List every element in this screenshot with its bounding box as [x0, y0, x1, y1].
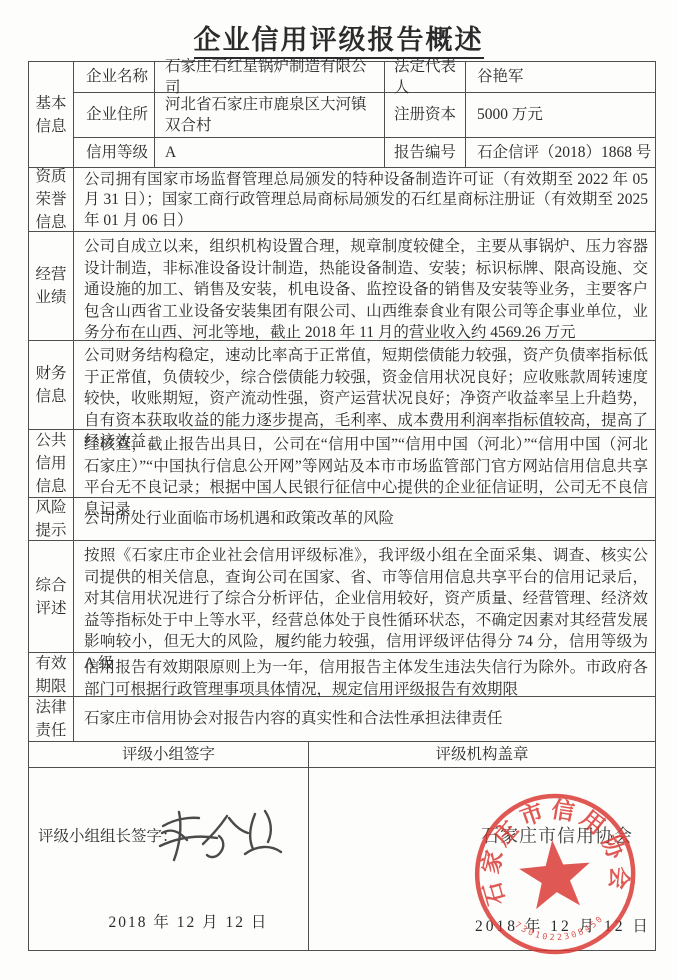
- section-risk-warning: 风险提示 公司所处行业面临市场机遇和政策改革的风险: [29, 498, 655, 541]
- section-text-public-credit-info: 经核查，截止报告出具日，公司在“信用中国”“信用中国（河北）”“信用中国（河北石…: [74, 430, 655, 497]
- signoff-header-row: 评级小组签字 评级机构盖章: [29, 742, 655, 768]
- section-text-business-performance: 公司自成立以来，组织机构设置合理，规章制度较健全，主要从事锅炉、压力容器设计制造…: [74, 232, 655, 340]
- page-title: 企业信用评级报告概述: [0, 18, 677, 57]
- report-table: 基本信息 企业名称 石家庄石红星锅炉制造有限公司 法定代表人 谷艳军 企业住所 …: [28, 61, 656, 951]
- table-row: 信用等级 A 报告编号 石企信评（2018）1868 号: [74, 138, 655, 167]
- field-value-legal-representative: 谷艳军: [466, 62, 655, 92]
- row-label-qualifications: 资质荣誉信息: [29, 168, 74, 231]
- field-label-report-number: 报告编号: [385, 138, 466, 167]
- section-basic-info: 基本信息 企业名称 石家庄石红星锅炉制造有限公司 法定代表人 谷艳军 企业住所 …: [29, 62, 655, 168]
- section-text-financial-info: 公司财务结构稳定，速动比率高于正常值，短期偿债能力较强，资产负债率指标低于正常值…: [74, 341, 655, 429]
- table-row: 企业名称 石家庄石红星锅炉制造有限公司 法定代表人 谷艳军: [74, 62, 655, 93]
- row-label-public-credit-info: 公共信用信息: [29, 430, 74, 497]
- row-label-legal-liability: 法律责任: [29, 697, 74, 741]
- agency-red-seal: 石家庄市信用协会 7301022308450: [457, 774, 652, 969]
- section-business-performance: 经营业绩 公司自成立以来，组织机构设置合理，规章制度较健全，主要从事锅炉、压力容…: [29, 232, 655, 341]
- signoff-team-cell: 评级小组组长签字： 2018 年 12 月: [29, 768, 309, 950]
- handwritten-signature: [157, 804, 287, 874]
- section-text-qualifications: 公司拥有国家市场监督管理总局颁发的特种设备制造许可证（有效期至 2022 年 0…: [74, 168, 655, 231]
- field-label-company-address: 企业住所: [74, 93, 155, 137]
- row-label-risk-warning: 风险提示: [29, 498, 74, 540]
- field-label-legal-representative: 法定代表人: [385, 62, 466, 92]
- seal-star-icon: [517, 837, 594, 910]
- field-value-company-name: 石家庄石红星锅炉制造有限公司: [155, 62, 385, 92]
- section-text-risk-warning: 公司所处行业面临市场机遇和政策改革的风险: [74, 498, 655, 540]
- signoff-header-team: 评级小组签字: [29, 742, 309, 767]
- signoff-header-agency: 评级机构盖章: [309, 742, 655, 767]
- signoff-agency-cell: 石家庄市信用协会 2018 年 12 月 12 日 石家庄市信用协会 73010…: [309, 768, 655, 950]
- row-label-business-performance: 经营业绩: [29, 232, 74, 340]
- report-page: 企业信用评级报告概述 基本信息 企业名称 石家庄石红星锅炉制造有限公司 法定代表…: [0, 0, 677, 980]
- field-value-report-number: 石企信评（2018）1868 号: [466, 138, 655, 167]
- field-value-company-address: 河北省石家庄市鹿泉区大河镇双合村: [155, 93, 385, 137]
- section-text-validity-period: 信用报告有效期限原则上为一年，信用报告主体发生违法失信行为除外。市政府各部门可根…: [74, 653, 655, 696]
- section-public-credit-info: 公共信用信息 经核查，截止报告出具日，公司在“信用中国”“信用中国（河北）”“信…: [29, 430, 655, 498]
- row-label-basic-info: 基本信息: [29, 62, 74, 167]
- section-financial-info: 财务信息 公司财务结构稳定，速动比率高于正常值，短期偿债能力较强，资产负债率指标…: [29, 341, 655, 430]
- section-validity-period: 有效期限 信用报告有效期限原则上为一年，信用报告主体发生违法失信行为除外。市政府…: [29, 653, 655, 697]
- section-legal-liability: 法律责任 石家庄市信用协会对报告内容的真实性和合法性承担法律责任: [29, 697, 655, 742]
- signoff-body-row: 评级小组组长签字： 2018 年 12 月: [29, 768, 655, 950]
- field-label-registered-capital: 注册资本: [385, 93, 466, 137]
- row-label-comprehensive-review: 综合评述: [29, 541, 74, 652]
- field-label-company-name: 企业名称: [74, 62, 155, 92]
- table-row: 企业住所 河北省石家庄市鹿泉区大河镇双合村 注册资本 5000 万元: [74, 93, 655, 138]
- field-value-registered-capital: 5000 万元: [466, 93, 655, 137]
- field-value-credit-rating: A: [155, 138, 385, 167]
- section-comprehensive-review: 综合评述 按照《石家庄市企业社会信用评级标准》，我评级小组在全面采集、调查、核实…: [29, 541, 655, 653]
- section-qualifications: 资质荣誉信息 公司拥有国家市场监督管理总局颁发的特种设备制造许可证（有效期至 2…: [29, 168, 655, 232]
- row-label-validity-period: 有效期限: [29, 653, 74, 696]
- team-sign-date: 2018 年 12 月 12 日: [29, 912, 308, 934]
- section-text-comprehensive-review: 按照《石家庄市企业社会信用评级标准》，我评级小组在全面采集、调查、核实公司提供的…: [74, 541, 655, 652]
- row-label-financial-info: 财务信息: [29, 341, 74, 429]
- field-label-credit-rating: 信用等级: [74, 138, 155, 167]
- section-text-legal-liability: 石家庄市信用协会对报告内容的真实性和合法性承担法律责任: [74, 697, 655, 741]
